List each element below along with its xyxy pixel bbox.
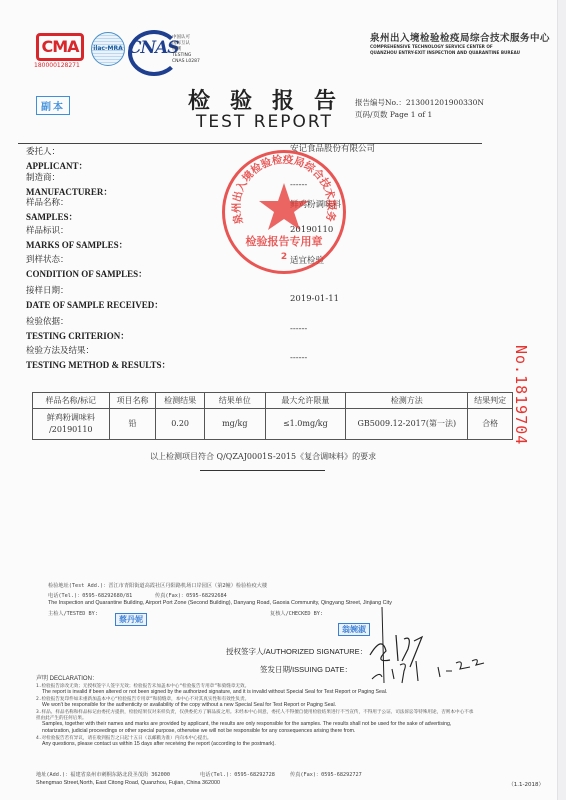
report-title-en: TEST REPORT	[196, 112, 333, 132]
field-label-en: SAMPLES：	[26, 210, 78, 223]
field-label-cn: 样品名称：	[26, 197, 78, 210]
col-unit: 结果单位	[204, 393, 265, 409]
field-label-cn: 接样日期：	[26, 285, 163, 298]
authorized-signature-label: 授权签字人/AUTHORIZED SIGNATURE：	[226, 646, 367, 657]
test-address-cn: 检验地址(Test Add.)：晋江市青阳街道高霞社区丹阳路机场口岸园区（第2幢…	[48, 582, 267, 589]
report-title-cn: 检验报告	[188, 84, 356, 115]
test-fax: 传真(Fax)：0595-68292684	[155, 592, 227, 599]
col-result: 检测结果	[156, 393, 205, 409]
handwritten-signature	[360, 605, 520, 685]
field-label: 样品名称：SAMPLES：	[26, 197, 78, 223]
cell-limit: ≤1.0mg/kg	[265, 409, 346, 440]
cell-unit: mg/kg	[204, 409, 265, 440]
field-label: 到样状态：CONDITION OF SAMPLES：	[26, 254, 147, 280]
field-label-cn: 制造商：	[26, 172, 112, 185]
tested-by-stamp: 蔡丹妮	[115, 613, 147, 626]
field-label-en: APPLICANT：	[26, 159, 88, 172]
col-method: 检测方法	[346, 393, 468, 409]
field-value: 2019-01-11	[290, 294, 339, 304]
col-sample: 样品名称/标记	[33, 393, 110, 409]
svg-text:2: 2	[281, 252, 287, 262]
field-label-en: TESTING METHOD & RESULTS：	[26, 358, 170, 371]
cell-method: GB5009.12-2017(第一法)	[346, 409, 468, 440]
end-line	[200, 470, 325, 471]
address-en: Shengmao Street,North, East Citong Road,…	[36, 780, 220, 786]
field-label-cn: 到样状态：	[26, 254, 147, 267]
form-number: （1.1-2018）	[508, 780, 544, 788]
declaration-en: Samples, together with their names and m…	[36, 721, 476, 735]
declaration-en: Any questions, please contact us within …	[36, 741, 476, 748]
cnas-caption: 中国认可 国际互认 检测 TESTING CNAS L0287	[172, 35, 200, 65]
address-tel: 电话(Tel.)：0595-68292728	[200, 771, 275, 778]
declaration-en: The report is invalid if been altered or…	[36, 689, 476, 696]
cell-item: 铅	[109, 409, 156, 440]
cell-verdict: 合格	[468, 409, 513, 440]
field-label-cn: 样品标识：	[26, 225, 128, 238]
address-fax: 传真(Fax)：0595-68292727	[290, 771, 362, 778]
copy-stamp: 副本	[36, 96, 70, 115]
field-label: 制造商：MANUFACTURER：	[26, 172, 112, 198]
field-label: 检验方法及结果：TESTING METHOD & RESULTS：	[26, 345, 170, 371]
field-label-cn: 委托人：	[26, 146, 88, 159]
conformity-statement: 以上检测项目符合 Q/QZAJ0001S-2015《复合调味料》的要求	[150, 451, 376, 462]
cell-sample: 鲜鸡粉调味料 /20190110	[33, 409, 110, 440]
results-table: 样品名称/标记 项目名称 检测结果 结果单位 最大允许限量 检测方法 结果判定 …	[32, 392, 513, 440]
report-meta: 报告编号No.：213001201900330N 页码/页数 Page 1 of…	[355, 97, 484, 121]
declaration-en: We won't be responsible for the authenti…	[36, 702, 476, 709]
col-verdict: 结果判定	[468, 393, 513, 409]
col-item: 项目名称	[109, 393, 156, 409]
official-red-seal: 泉州出入境检验检疫局综合技术服务中心 检验报告专用章 2	[222, 150, 346, 274]
col-limit: 最大允许限量	[265, 393, 346, 409]
org-en-line: QUANZHOU ENTRY-EXIT INSPECTION AND QUARA…	[370, 50, 520, 56]
report-number: 报告编号No.：213001201900330N	[355, 97, 484, 109]
field-label: 委托人：APPLICANT：	[26, 146, 88, 172]
field-label-en: MARKS OF SAMPLES：	[26, 238, 128, 251]
page-count: 页码/页数 Page 1 of 1	[355, 109, 484, 121]
header-divider	[18, 143, 482, 144]
cma-logo: CMA	[36, 33, 84, 61]
field-label-cn: 检验依据：	[26, 316, 129, 329]
sample-mark: /20190110	[35, 424, 107, 436]
field-label-en: CONDITION OF SAMPLES：	[26, 267, 147, 280]
svg-text:检验报告专用章: 检验报告专用章	[246, 234, 323, 248]
cma-number: 180000128271	[34, 62, 80, 69]
organization-name-en: COMPREHENSIVE TECHNOLOGY SERVICE CENTER …	[370, 44, 520, 56]
test-tel: 电话(Tel.)：0595-68292680/81	[48, 592, 132, 599]
declaration: 声明 DECLARATION： 1.检验报告涂改无效；无授权签字人签字无效；检验…	[36, 676, 476, 748]
page-edge	[557, 0, 566, 800]
organization-name-cn: 泉州出入境检验检疫局综合技术服务中心	[370, 30, 550, 44]
table-header-row: 样品名称/标记 项目名称 检测结果 结果单位 最大允许限量 检测方法 结果判定	[33, 393, 513, 409]
field-label: 样品标识：MARKS OF SAMPLES：	[26, 225, 128, 251]
ilac-mra-logo: ilac-MRA	[91, 32, 125, 66]
field-value: ------	[290, 353, 307, 363]
field-label: 检验依据：TESTING CRITERION：	[26, 316, 129, 342]
issuing-date-label: 签发日期/ISSUING DATE：	[260, 664, 352, 675]
cell-result: 0.20	[156, 409, 205, 440]
field-label-en: TESTING CRITERION：	[26, 329, 129, 342]
cnas-line: CNAS L0287	[172, 59, 200, 65]
tested-by-label: 主检人/TESTED BY:	[48, 610, 98, 617]
declaration-title: 声明 DECLARATION：	[36, 676, 476, 683]
checked-by-label: 复核人/CHECKED BY:	[270, 610, 323, 617]
cnas-logo: CNAS	[128, 38, 179, 58]
table-row: 鲜鸡粉调味料 /20190110 铅 0.20 mg/kg ≤1.0mg/kg …	[33, 409, 513, 440]
serial-number-red: No.1819704	[512, 345, 530, 445]
sample-name: 鲜鸡粉调味料	[35, 412, 107, 424]
field-label-cn: 检验方法及结果：	[26, 345, 170, 358]
field-label-en: DATE OF SAMPLE RECEIVED：	[26, 298, 163, 311]
test-address-en: The Inspection and Quarantine Building, …	[48, 600, 392, 606]
field-label: 接样日期：DATE OF SAMPLE RECEIVED：	[26, 285, 163, 311]
declaration-cn: 3.样品、样品名称和样品标记由委托方提供，检验结果仅对来样负责，仅供委托方了解品…	[36, 709, 476, 721]
field-value: ------	[290, 324, 307, 334]
address-cn: 地址(Add.)：福建省泉州市刺桐东路北段圣茂街 362000	[36, 771, 170, 778]
